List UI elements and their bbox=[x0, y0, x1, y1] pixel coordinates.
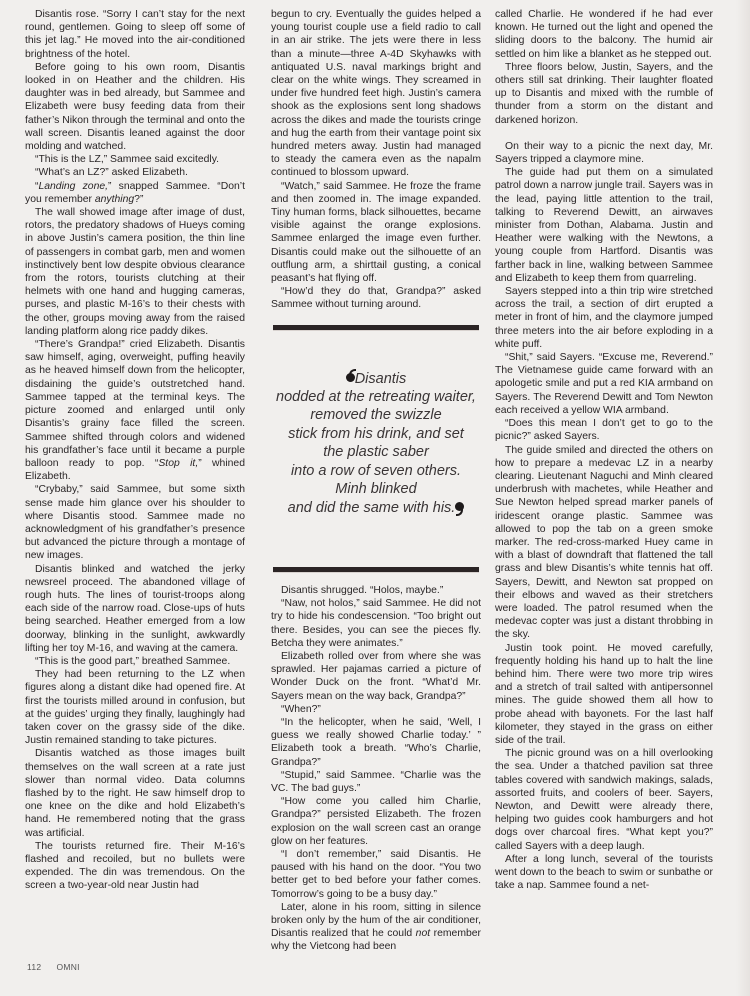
italic-text: Stop it, bbox=[158, 458, 198, 469]
paragraph: “Landing zone,” snapped Sammee. “Don’t y… bbox=[25, 180, 245, 206]
column-3: called Charlie. He wondered if he had ev… bbox=[495, 8, 713, 892]
paragraph: Disantis shrugged. “Holos, maybe.” bbox=[271, 584, 481, 597]
pull-quote-line: removed the swizzle bbox=[271, 406, 481, 424]
paragraph: After a long lunch, several of the touri… bbox=[495, 853, 713, 893]
paragraph: Before going to his own room, Disantis l… bbox=[25, 61, 245, 153]
text-run: ?” bbox=[134, 194, 143, 205]
paragraph: The tourists returned fire. Their M-16’s… bbox=[25, 840, 245, 893]
pull-quote-line: into a row of seven others. bbox=[271, 462, 481, 480]
open-quote-icon bbox=[346, 373, 355, 382]
paragraph: “Shit,” said Sayers. “Excuse me, Rever­e… bbox=[495, 351, 713, 417]
italic-text: anything bbox=[95, 194, 134, 205]
paragraph: “Does this mean I don’t get to go to the… bbox=[495, 417, 713, 443]
magazine-name: OMNI bbox=[56, 962, 79, 972]
paragraph: “When?” bbox=[271, 703, 481, 716]
paragraph: Elizabeth rolled over from where she was… bbox=[271, 650, 481, 703]
page-folio: 112OMNI bbox=[27, 962, 95, 972]
paragraph: Later, alone in his room, sitting in sil… bbox=[271, 901, 481, 954]
paragraph: “Crybaby,” said Sammee, but some sixth s… bbox=[25, 483, 245, 562]
pull-quote-line: and did the same with his. bbox=[271, 499, 481, 517]
paragraph: Disantis blinked and watched the jerky n… bbox=[25, 563, 245, 655]
pull-quote-line: Minh blinked bbox=[271, 480, 481, 498]
paragraph: “There’s Grandpa!” cried Elizabeth. Di­s… bbox=[25, 338, 245, 483]
paragraph: Sayers stepped into a thin trip wire str… bbox=[495, 285, 713, 351]
paragraph: “In the helicopter, when he said, ‘Well,… bbox=[271, 716, 481, 769]
column-2: begun to cry. Eventually the guides help… bbox=[271, 8, 481, 954]
italic-text: not bbox=[416, 928, 430, 939]
italic-text: Landing zone, bbox=[38, 181, 108, 192]
pull-quote-line: stick from his drink, and set bbox=[271, 425, 481, 443]
paragraph: The wall showed image after image of dus… bbox=[25, 206, 245, 338]
paragraph: “I don’t remember,” said Disantis. He pa… bbox=[271, 848, 481, 901]
page-edge-shadow bbox=[736, 0, 750, 996]
pull-quote: Disantis nodded at the retreating waiter… bbox=[271, 330, 481, 567]
paragraph: “Watch,” said Sammee. He froze the frame… bbox=[271, 180, 481, 286]
column-1: Disantis rose. “Sorry I can’t stay for t… bbox=[25, 8, 245, 893]
section-break-paragraph: On their way to a picnic the next day, M… bbox=[495, 140, 713, 166]
paragraph: Disantis watched as those images built t… bbox=[25, 747, 245, 839]
paragraph: “What’s an LZ?” asked Elizabeth. bbox=[25, 166, 245, 179]
paragraph: called Charlie. He wondered if he had ev… bbox=[495, 8, 713, 61]
pull-quote-line: nodded at the retreating waiter, bbox=[271, 388, 481, 406]
paragraph: Justin took point. He moved carefully, f… bbox=[495, 642, 713, 748]
pull-quote-line: the plastic saber bbox=[271, 443, 481, 461]
paragraph: “Naw, not holos,” said Sammee. He did no… bbox=[271, 597, 481, 650]
pull-quote-line: Disantis bbox=[271, 370, 481, 388]
paragraph: The guide had put them on a simulated pa… bbox=[495, 166, 713, 285]
paragraph: Disantis rose. “Sorry I can’t stay for t… bbox=[25, 8, 245, 61]
paragraph: “This is the LZ,” Sammee said excitedly. bbox=[25, 153, 245, 166]
paragraph: Three floors below, Justin, Sayers, and … bbox=[495, 61, 713, 127]
paragraph: “How come you called him Charlie, Grandp… bbox=[271, 795, 481, 848]
page-number: 112 bbox=[27, 962, 41, 972]
paragraph: “Stupid,” said Sammee. “Charlie was the … bbox=[271, 769, 481, 795]
paragraph: They had been returning to the LZ when f… bbox=[25, 668, 245, 747]
paragraph: The guide smiled and directed the oth­er… bbox=[495, 444, 713, 642]
magazine-page: Disantis rose. “Sorry I can’t stay for t… bbox=[0, 0, 750, 996]
pull-quote-bottom-rule bbox=[273, 567, 479, 572]
paragraph: “This is the good part,” breathed Sam­me… bbox=[25, 655, 245, 668]
close-quote-icon bbox=[455, 502, 464, 511]
paragraph: “How’d they do that, Grandpa?” asked Sam… bbox=[271, 285, 481, 311]
text-run: “There’s Grandpa!” cried Elizabeth. Di­s… bbox=[25, 339, 245, 469]
paragraph: begun to cry. Eventually the guides help… bbox=[271, 8, 481, 180]
paragraph: The picnic ground was on a hill over­loo… bbox=[495, 747, 713, 853]
